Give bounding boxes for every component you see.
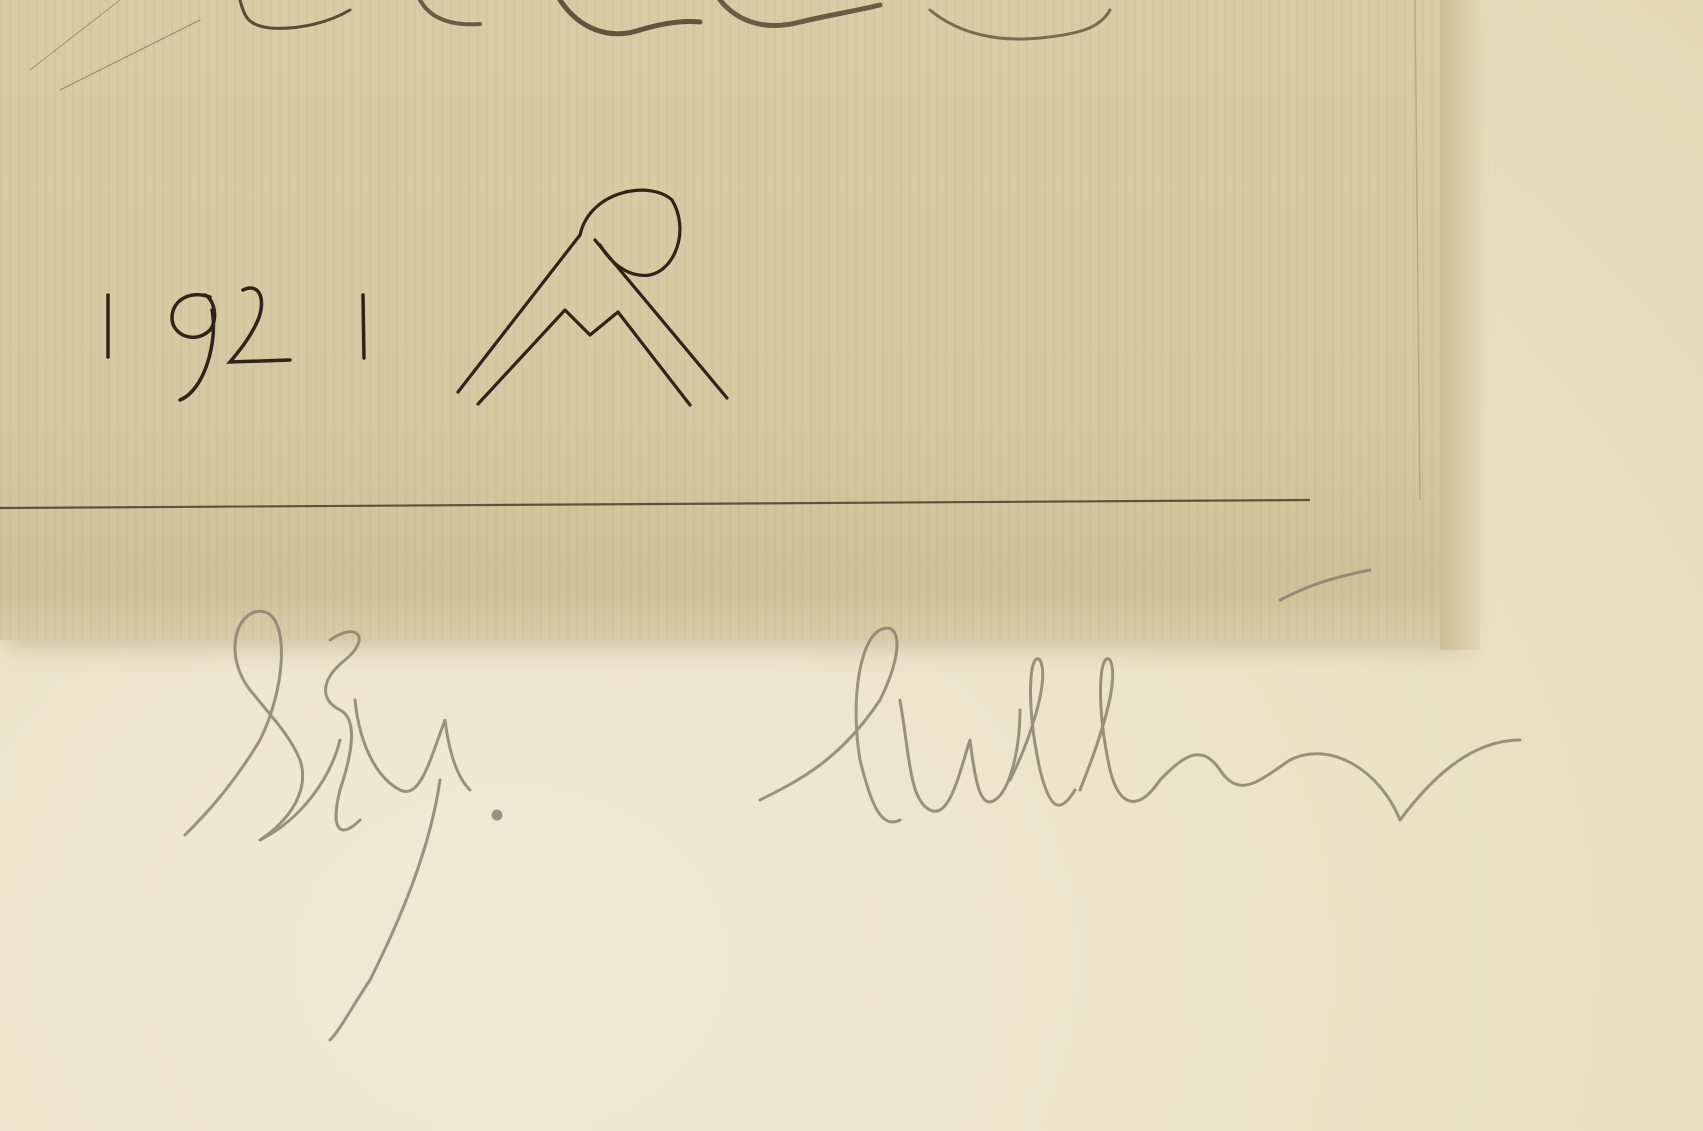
etching-drawing: [0, 0, 1703, 1131]
pencil-signature: [185, 570, 1520, 1040]
hatched-figure-bottom: [30, 0, 1110, 90]
plate-date-1921: [108, 288, 364, 400]
plate-mark-line: [0, 500, 1310, 508]
artist-monogram-icon: [458, 190, 727, 405]
